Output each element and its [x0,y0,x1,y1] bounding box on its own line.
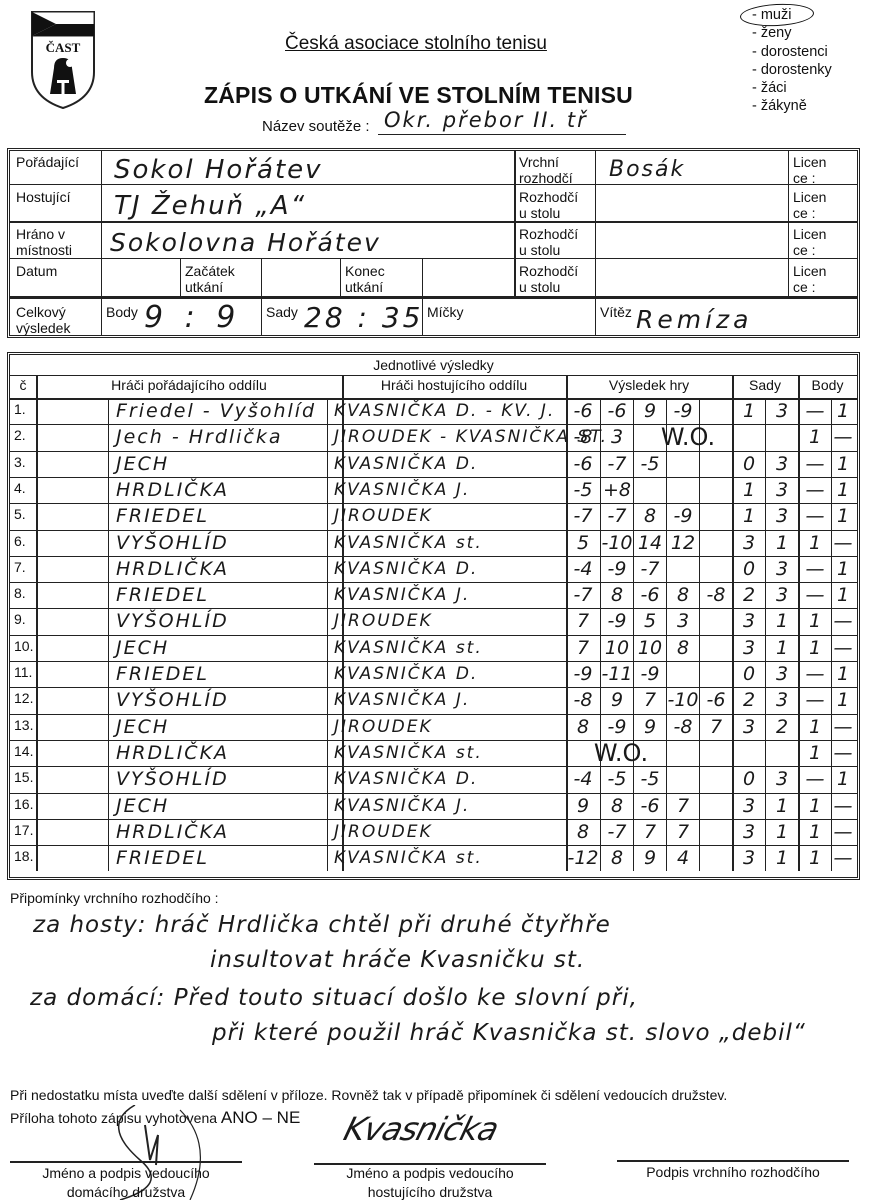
sets-home[interactable]: 3 [732,819,766,845]
game-score[interactable]: 8 [600,845,634,871]
away-team-field[interactable]: TJ Žehuň „A“ [110,189,310,223]
game-score[interactable]: 5 [566,530,600,556]
row-number: 13. [14,717,33,733]
away-player[interactable]: KVASNIČKA J. [334,477,470,503]
points-away[interactable]: 1 [829,451,857,477]
game-score[interactable]: 7 [699,714,733,740]
game-score[interactable]: 7 [666,793,700,819]
sets-away[interactable]: 1 [765,819,799,845]
sets-label: Sady [262,302,302,322]
table-row: 2.Jech - HrdličkaJIROUDEK - KVASNIČKA ST… [10,424,857,450]
balls-label: Míčky [423,302,468,322]
game-score[interactable]: -9 [600,714,634,740]
points-away[interactable]: — [829,714,857,740]
points-away[interactable]: 1 [829,661,857,687]
game-score[interactable]: 10 [633,635,667,661]
sets-away[interactable]: 1 [765,845,799,871]
home-player[interactable]: JECH [116,714,169,740]
row-number: 9. [14,611,26,627]
license-label: Licen [793,154,826,170]
game-score[interactable]: -10 [600,530,634,556]
game-score[interactable]: -5 [633,766,667,792]
away-player[interactable]: JIROUDEK [334,819,433,845]
points-home[interactable]: — [798,582,832,608]
col-points-header: Body [798,377,857,393]
row-number: 14. [14,743,33,759]
start-field[interactable] [262,259,340,295]
away-leader-signature: Kvasnička [340,1110,502,1148]
home-player[interactable]: HRDLIČKA [116,556,229,582]
table-row: 6.VYŠOHLÍDKVASNIČKA st.5-101412311— [10,530,857,556]
sets-home[interactable]: 1 [732,503,766,529]
table-row: 11.FRIEDELKVASNIČKA D.-9-11-903—1 [10,661,857,687]
sets-away[interactable]: 3 [765,687,799,713]
game-score[interactable]: -9 [666,398,700,424]
points-away[interactable]: — [829,424,857,450]
home-team-label: Pořádající [12,152,83,172]
sets-away[interactable]: 1 [765,635,799,661]
svg-text:ČAST: ČAST [46,40,81,55]
end-field[interactable] [423,259,513,295]
game-score[interactable]: 9 [566,793,600,819]
row-number: 11. [14,664,32,680]
points-away[interactable]: 1 [829,687,857,713]
category-option[interactable]: - žáci [752,79,832,97]
points-home[interactable]: — [798,503,832,529]
main-referee-label: Vrchní [519,154,559,170]
sets-away[interactable]: 3 [765,503,799,529]
points-away[interactable]: — [829,635,857,661]
game-score[interactable]: -8 [666,714,700,740]
category-option[interactable]: - ženy [752,24,832,42]
points-home[interactable]: 1 [798,714,832,740]
sets-away[interactable]: 1 [765,608,799,634]
game-score[interactable]: 7 [633,687,667,713]
sets-field[interactable]: 28 : 35 [300,299,428,337]
away-player[interactable]: KVASNIČKA D. [334,556,478,582]
game-score[interactable]: 8 [633,503,667,529]
sets-home[interactable]: 2 [732,582,766,608]
points-label: Body [102,302,142,322]
sets-home[interactable]: 3 [732,845,766,871]
away-player[interactable]: KVASNIČKA st. [334,530,483,556]
points-home[interactable]: 1 [798,793,832,819]
home-player[interactable]: HRDLIČKA [116,740,229,766]
form-title: ZÁPIS O UTKÁNÍ VE STOLNÍM TENISU [204,82,633,109]
col-home-players-header: Hráči pořádajícího oddílu [36,377,342,393]
home-player[interactable]: HRDLIČKA [116,477,229,503]
game-score[interactable]: 10 [600,635,634,661]
referee-note-line-4[interactable]: při které použil hráč Kvasnička st. slov… [212,1020,806,1046]
points-away[interactable]: 1 [829,477,857,503]
table-row: 15.VYŠOHLÍDKVASNIČKA D.-4-5-503—1 [10,766,857,792]
points-home[interactable]: — [798,661,832,687]
game-score[interactable]: 9 [633,845,667,871]
game-score[interactable]: -12 [566,845,600,871]
total-result-label: Celkový [16,304,66,320]
points-home[interactable]: — [798,398,832,424]
col-sets-header: Sady [732,377,798,393]
game-score[interactable]: -6 [566,451,600,477]
points-away[interactable]: — [829,740,857,766]
cast-logo: ČAST [30,10,96,110]
category-option[interactable]: - žákyně [752,97,832,115]
game-score[interactable]: -5 [633,451,667,477]
points-home[interactable]: — [798,556,832,582]
away-team-label: Hostující [12,187,74,207]
game-score[interactable]: 9 [633,398,667,424]
sets-home[interactable]: 1 [732,398,766,424]
game-score[interactable]: 4 [666,845,700,871]
game-score[interactable]: 8 [566,714,600,740]
game-score[interactable]: -6 [566,398,600,424]
sets-home[interactable]: 3 [732,793,766,819]
points-home[interactable]: 1 [798,845,832,871]
row-number: 15. [14,769,33,785]
referee-signature-label: Podpis vrchního rozhodčího [617,1163,849,1182]
start-label: Začátek [185,263,235,279]
sets-home[interactable]: 1 [732,477,766,503]
away-player[interactable]: KVASNIČKA D. [334,661,478,687]
points-home[interactable]: — [798,477,832,503]
home-player[interactable]: FRIEDEL [116,503,209,529]
game-score[interactable]: -8 [699,582,733,608]
referee-note-line-3[interactable]: za domácí: Před touto situací došlo ke s… [30,985,638,1011]
home-player[interactable]: Jech - Hrdlička [116,424,283,450]
game-score[interactable]: -10 [666,687,700,713]
game-score[interactable]: -5 [566,477,600,503]
sets-home[interactable]: 3 [732,608,766,634]
away-signature-label: Jméno a podpis vedoucího [346,1165,513,1181]
row-number: 16. [14,796,33,812]
match-info-table: Pořádající Sokol Hořátev Hostující TJ Že… [7,148,860,338]
sets-away[interactable]: 3 [765,582,799,608]
row-number: 5. [14,506,26,522]
competition-field[interactable]: Okr. přebor II. tř [378,108,626,135]
game-score[interactable]: -7 [566,582,600,608]
game-score[interactable]: -7 [633,556,667,582]
competition-label: Název soutěže : [262,118,370,135]
away-player[interactable]: JIROUDEK [334,714,433,740]
game-score[interactable]: -7 [600,451,634,477]
venue-field[interactable]: Sokolovna Hořátev [106,226,385,260]
points-away[interactable]: — [829,530,857,556]
game-score[interactable]: 9 [633,714,667,740]
game-score[interactable]: -9 [633,661,667,687]
sets-home[interactable]: 0 [732,766,766,792]
home-player[interactable]: JECH [116,635,169,661]
table-row: 10.JECHKVASNIČKA st.710108311— [10,635,857,661]
row-number: 3. [14,454,26,470]
table-row: 17.HRDLIČKAJIROUDEK8-777311— [10,819,857,845]
table-referee-1-field[interactable] [596,185,788,221]
points-home[interactable]: 1 [798,819,832,845]
sets-away[interactable]: 1 [765,530,799,556]
sets-home[interactable]: 3 [732,635,766,661]
game-score[interactable]: -7 [600,819,634,845]
game-score[interactable]: -9 [666,503,700,529]
points-home[interactable]: 1 [798,608,832,634]
home-player[interactable]: HRDLIČKA [116,819,229,845]
table-referee-3-label: Rozhodčí [519,263,578,279]
sets-home[interactable]: 0 [732,556,766,582]
attachment-options[interactable]: ANO – NE [221,1108,300,1127]
row-number: 7. [14,559,26,575]
points-home[interactable]: — [798,451,832,477]
game-score[interactable]: W.O. [566,740,676,766]
points-away[interactable]: 1 [829,398,857,424]
game-score[interactable]: 7 [633,819,667,845]
table-referee-1-label: Rozhodčí [519,189,578,205]
game-score[interactable]: 8 [666,635,700,661]
sets-home[interactable]: 3 [732,714,766,740]
game-score[interactable]: -11 [600,661,634,687]
points-home[interactable]: 1 [798,740,832,766]
row-number: 10. [14,638,33,654]
away-player[interactable]: KVASNIČKA st. [334,740,483,766]
away-player[interactable]: KVASNIČKA D. - KV. J. [334,398,555,424]
game-score[interactable]: -4 [566,556,600,582]
row-number: 4. [14,480,26,496]
home-player[interactable]: VYŠOHLÍD [116,766,229,792]
sets-away[interactable]: 3 [765,556,799,582]
sets-away[interactable]: 1 [765,793,799,819]
table-referee-2-field[interactable] [596,222,788,258]
license-label: Licen [793,226,826,242]
away-player[interactable]: KVASNIČKA st. [334,845,483,871]
points-away[interactable]: — [829,819,857,845]
table-referee-3-field[interactable] [596,259,788,296]
points-home[interactable]: — [798,687,832,713]
sets-away[interactable]: 3 [765,398,799,424]
referee-note-line-1[interactable]: za hosty: hráč Hrdlička chtěl při druhé … [33,912,611,938]
table-row: 16.JECHKVASNIČKA J.98-67311— [10,793,857,819]
game-score[interactable]: 12 [666,530,700,556]
points-away[interactable]: — [829,845,857,871]
home-player[interactable]: JECH [116,793,169,819]
license-label: Licen [793,189,826,205]
home-player[interactable]: Friedel - Vyšohlíd [116,398,316,424]
game-score[interactable]: -6 [633,793,667,819]
home-player[interactable]: FRIEDEL [116,845,209,871]
license-label: Licen [793,263,826,279]
category-option[interactable]: - dorostenky [752,61,832,79]
game-score[interactable]: 7 [566,608,600,634]
row-number: 8. [14,585,26,601]
points-home[interactable]: 1 [798,530,832,556]
game-score[interactable]: 5 [633,608,667,634]
home-player[interactable]: FRIEDEL [116,661,209,687]
table-row: 5.FRIEDELJIROUDEK-7-78-913—1 [10,503,857,529]
date-label: Datum [12,261,61,281]
referee-note-line-2[interactable]: insultovat hráče Kvasničku st. [210,947,585,973]
home-player[interactable]: FRIEDEL [116,582,209,608]
table-row: 4.HRDLIČKAKVASNIČKA J.-5+813—1 [10,477,857,503]
away-player[interactable]: KVASNIČKA st. [334,635,483,661]
col-game-results-header: Výsledek hry [566,377,732,393]
game-score[interactable]: -4 [566,766,600,792]
game-score[interactable]: 8 [600,793,634,819]
points-field[interactable]: 9 : 9 [140,299,245,337]
row-number: 17. [14,822,33,838]
points-away[interactable]: 1 [829,503,857,529]
away-player[interactable]: KVASNIČKA J. [334,582,470,608]
game-score[interactable]: -9 [600,556,634,582]
game-score[interactable]: +8 [600,477,634,503]
table-row: 12.VYŠOHLÍDKVASNIČKA J.-897-10-623—1 [10,687,857,713]
winner-field[interactable]: Remíza [632,303,757,337]
points-away[interactable]: — [829,608,857,634]
home-signature-line[interactable] [10,1161,242,1163]
game-score[interactable]: 3 [600,424,634,450]
game-score[interactable]: 8 [566,819,600,845]
sets-home[interactable]: 2 [732,687,766,713]
table-row: 18.FRIEDELKVASNIČKA st.-12894311— [10,845,857,871]
game-score[interactable]: -5 [600,766,634,792]
sets-home[interactable]: 0 [732,451,766,477]
game-score[interactable]: 9 [600,687,634,713]
sets-away[interactable]: 2 [765,714,799,740]
home-player[interactable]: VYŠOHLÍD [116,608,229,634]
row-number: 12. [14,690,33,706]
table-referee-2-label: Rozhodčí [519,226,578,242]
game-score[interactable]: 8 [600,582,634,608]
row-number: 2. [14,427,26,443]
category-list: - muži- ženy- dorostenci- dorostenky- žá… [752,6,832,116]
away-player[interactable]: KVASNIČKA J. [334,793,470,819]
sets-away[interactable]: 3 [765,661,799,687]
results-section-title: Jednotlivé výsledky [10,357,857,373]
home-player[interactable]: JECH [116,451,169,477]
table-row: 1.Friedel - VyšohlídKVASNIČKA D. - KV. J… [10,398,857,424]
away-player[interactable]: JIROUDEK [334,608,433,634]
game-score[interactable]: -6 [633,582,667,608]
game-score[interactable]: 8 [666,582,700,608]
game-score[interactable]: -9 [566,661,600,687]
points-away[interactable]: — [829,793,857,819]
game-score[interactable]: -8 [566,687,600,713]
away-player[interactable]: KVASNIČKA D. [334,451,478,477]
game-score[interactable]: 7 [566,635,600,661]
organization-name: Česká asociace stolního tenisu [285,33,547,55]
date-field[interactable] [102,259,180,295]
col-number-header: č [10,377,36,393]
attachment-instruction: Při nedostatku místa uveďte další sdělen… [10,1087,727,1103]
game-score[interactable]: 7 [666,819,700,845]
table-row: 13.JECHJIROUDEK8-99-87321— [10,714,857,740]
individual-results-table: Jednotlivé výsledky č Hráči pořádajícího… [7,352,860,880]
referee-signature-line[interactable] [617,1160,849,1162]
referee-notes-label: Připomínky vrchního rozhodčího : [10,890,219,906]
game-score[interactable]: W.O. [633,424,743,450]
game-score[interactable]: -7 [600,503,634,529]
table-row: 7.HRDLIČKAKVASNIČKA D.-4-9-703—1 [10,556,857,582]
row-number: 1. [14,401,26,417]
game-score[interactable]: -7 [566,503,600,529]
category-option[interactable]: - muži [752,6,832,24]
sets-home[interactable]: 3 [732,530,766,556]
sets-away[interactable]: 3 [765,766,799,792]
game-score[interactable]: 3 [666,608,700,634]
row-number: 18. [14,848,33,864]
venue-label: Hráno v [16,226,65,242]
away-player[interactable]: KVASNIČKA J. [334,687,470,713]
category-option[interactable]: - dorostenci [752,43,832,61]
game-score[interactable]: -8 [566,424,600,450]
main-referee-field[interactable]: Bosák [605,155,689,185]
points-away[interactable]: 1 [829,766,857,792]
table-row: 8.FRIEDELKVASNIČKA J.-78-68-823—1 [10,582,857,608]
end-label: Konec [345,263,385,279]
table-row: 3.JECHKVASNIČKA D.-6-7-503—1 [10,451,857,477]
points-home[interactable]: 1 [798,424,832,450]
game-score[interactable]: -6 [600,398,634,424]
points-home[interactable]: 1 [798,635,832,661]
points-home[interactable]: — [798,766,832,792]
home-player[interactable]: VYŠOHLÍD [116,530,229,556]
home-team-field[interactable]: Sokol Hořátev [110,153,327,187]
home-signature-label: Jméno a podpis vedoucího [42,1165,209,1181]
table-row: 14.HRDLIČKAKVASNIČKA st.W.O.1— [10,740,857,766]
sets-home[interactable]: 0 [732,661,766,687]
away-player[interactable]: JIROUDEK [334,503,433,529]
game-score[interactable]: -6 [699,687,733,713]
sets-away[interactable]: 3 [765,477,799,503]
game-score[interactable]: -9 [600,608,634,634]
points-away[interactable]: 1 [829,556,857,582]
away-player[interactable]: KVASNIČKA D. [334,766,478,792]
col-away-players-header: Hráči hostujícího oddílu [342,377,566,393]
game-score[interactable]: 14 [633,530,667,556]
home-player[interactable]: VYŠOHLÍD [116,687,229,713]
winner-label: Vítěz [596,302,636,322]
points-away[interactable]: 1 [829,582,857,608]
table-row: 9.VYŠOHLÍDJIROUDEK7-953311— [10,608,857,634]
sets-away[interactable]: 3 [765,451,799,477]
row-number: 6. [14,533,26,549]
